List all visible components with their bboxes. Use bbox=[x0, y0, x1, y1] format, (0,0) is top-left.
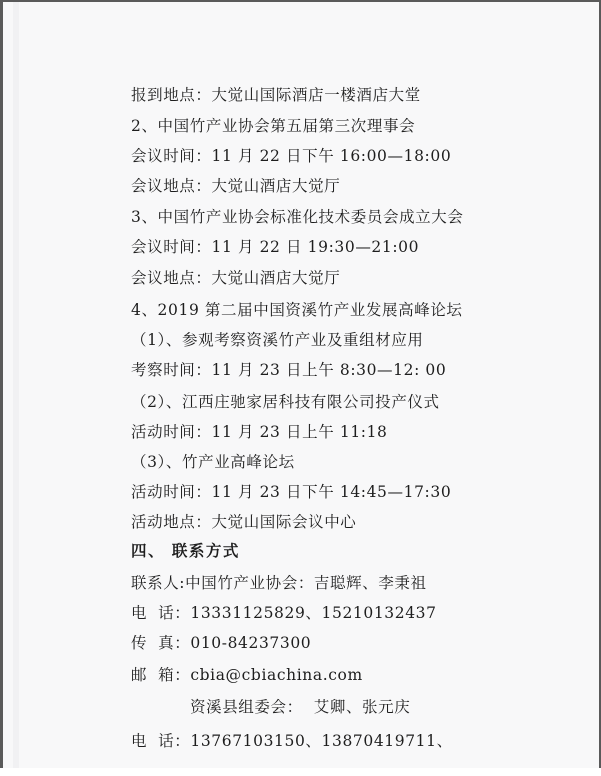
item-2-location: 会议地点：大觉山酒店大觉厅 bbox=[131, 174, 340, 198]
subitem-3-title: （3）、竹产业高峰论坛 bbox=[131, 450, 295, 474]
contact-phone-1: 电 话：13331125829、15210132437 bbox=[131, 601, 437, 625]
item-3-location: 会议地点：大觉山酒店大觉厅 bbox=[131, 266, 340, 290]
registration-location: 报到地点：大觉山国际酒店一楼酒店大堂 bbox=[131, 83, 421, 107]
item-2-title: 2、中国竹产业协会第五届第三次理事会 bbox=[131, 114, 415, 138]
subitem-1-title: （1）、参观考察资溪竹产业及重组材应用 bbox=[131, 328, 424, 352]
item-3-title: 3、中国竹产业协会标准化技术委员会成立大会 bbox=[131, 205, 463, 229]
county-committee-contacts: 资溪县组委会： 艾卿、张元庆 bbox=[190, 695, 410, 719]
subitem-2-title: （2）、江西庄驰家居科技有限公司投产仪式 bbox=[131, 390, 440, 414]
item-3-time: 会议时间：11 月 22 日 19:30—21:00 bbox=[131, 235, 419, 259]
item-4-title: 4、2019 第二届中国资溪竹产业发展高峰论坛 bbox=[131, 298, 463, 322]
subitem-3-location: 活动地点：大觉山国际会议中心 bbox=[131, 510, 356, 534]
section-heading-contact: 四、 联系方式 bbox=[131, 539, 240, 563]
subitem-2-time: 活动时间：11 月 23 日上午 11:18 bbox=[131, 420, 388, 444]
contact-person: 联系人:中国竹产业协会：吉聪辉、李秉祖 bbox=[131, 571, 427, 595]
contact-fax: 传 真：010-84237300 bbox=[131, 631, 311, 655]
subitem-1-time: 考察时间：11 月 23 日上午 8:30—12: 00 bbox=[131, 358, 446, 382]
subitem-3-time: 活动时间：11 月 23 日下午 14:45—17:30 bbox=[131, 480, 451, 504]
contact-email: 邮 箱：cbia@cbiachina.com bbox=[131, 663, 363, 687]
item-2-time: 会议时间：11 月 22 日下午 16:00—18:00 bbox=[131, 144, 451, 168]
contact-phone-2: 电 话：13767103150、13870419711、 bbox=[131, 729, 453, 753]
